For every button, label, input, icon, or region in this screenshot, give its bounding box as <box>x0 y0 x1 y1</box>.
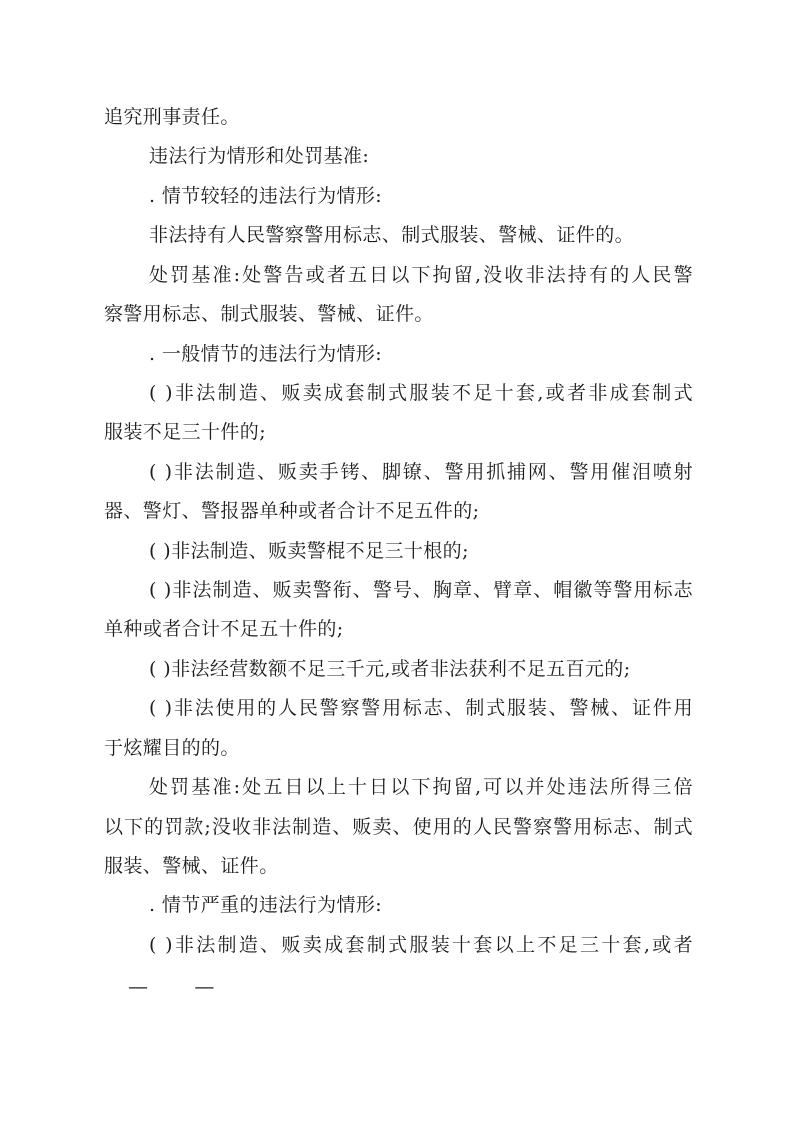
text-line: 于炫耀目的的。 <box>104 729 693 768</box>
text-line: . 情节较轻的违法行为情形: <box>104 177 693 216</box>
document-body: 追究刑事责任。违法行为情形和处罚基准:. 情节较轻的违法行为情形:非法持有人民警… <box>104 98 693 965</box>
text-line: . 一般情节的违法行为情形: <box>104 335 693 374</box>
text-line: 服装、警械、证件。 <box>104 847 693 886</box>
text-line: 处罚基准:处警告或者五日以下拘留,没收非法持有的人民警 <box>104 256 693 295</box>
text-line: 器、警灯、警报器单种或者合计不足五件的; <box>104 492 693 531</box>
text-line: ( )非法制造、贩卖手铐、脚镣、警用抓捕网、警用催泪喷射 <box>104 453 693 492</box>
text-line: . 情节严重的违法行为情形: <box>104 886 693 925</box>
text-line: ( )非法使用的人民警察警用标志、制式服装、警械、证件用 <box>104 689 693 728</box>
page-footer-dashes: — — <box>128 974 214 998</box>
text-line: ( )非法经营数额不足三千元,或者非法获利不足五百元的; <box>104 650 693 689</box>
text-line: ( )非法制造、贩卖警棍不足三十根的; <box>104 532 693 571</box>
text-line: ( )非法制造、贩卖成套制式服装十套以上不足三十套,或者 <box>104 926 693 965</box>
document-page: 追究刑事责任。违法行为情形和处罚基准:. 情节较轻的违法行为情形:非法持有人民警… <box>0 0 793 1122</box>
text-line: 追究刑事责任。 <box>104 98 693 137</box>
text-line: 违法行为情形和处罚基准: <box>104 137 693 176</box>
text-line: 非法持有人民警察警用标志、制式服装、警械、证件的。 <box>104 216 693 255</box>
text-line: 服装不足三十件的; <box>104 413 693 452</box>
text-line: 处罚基准:处五日以上十日以下拘留,可以并处违法所得三倍 <box>104 768 693 807</box>
text-line: ( )非法制造、贩卖成套制式服装不足十套,或者非成套制式 <box>104 374 693 413</box>
text-line: ( )非法制造、贩卖警衔、警号、胸章、臂章、帽徽等警用标志 <box>104 571 693 610</box>
text-line: 单种或者合计不足五十件的; <box>104 610 693 649</box>
text-line: 察警用标志、制式服装、警械、证件。 <box>104 295 693 334</box>
text-line: 以下的罚款;没收非法制造、贩卖、使用的人民警察警用标志、制式 <box>104 808 693 847</box>
